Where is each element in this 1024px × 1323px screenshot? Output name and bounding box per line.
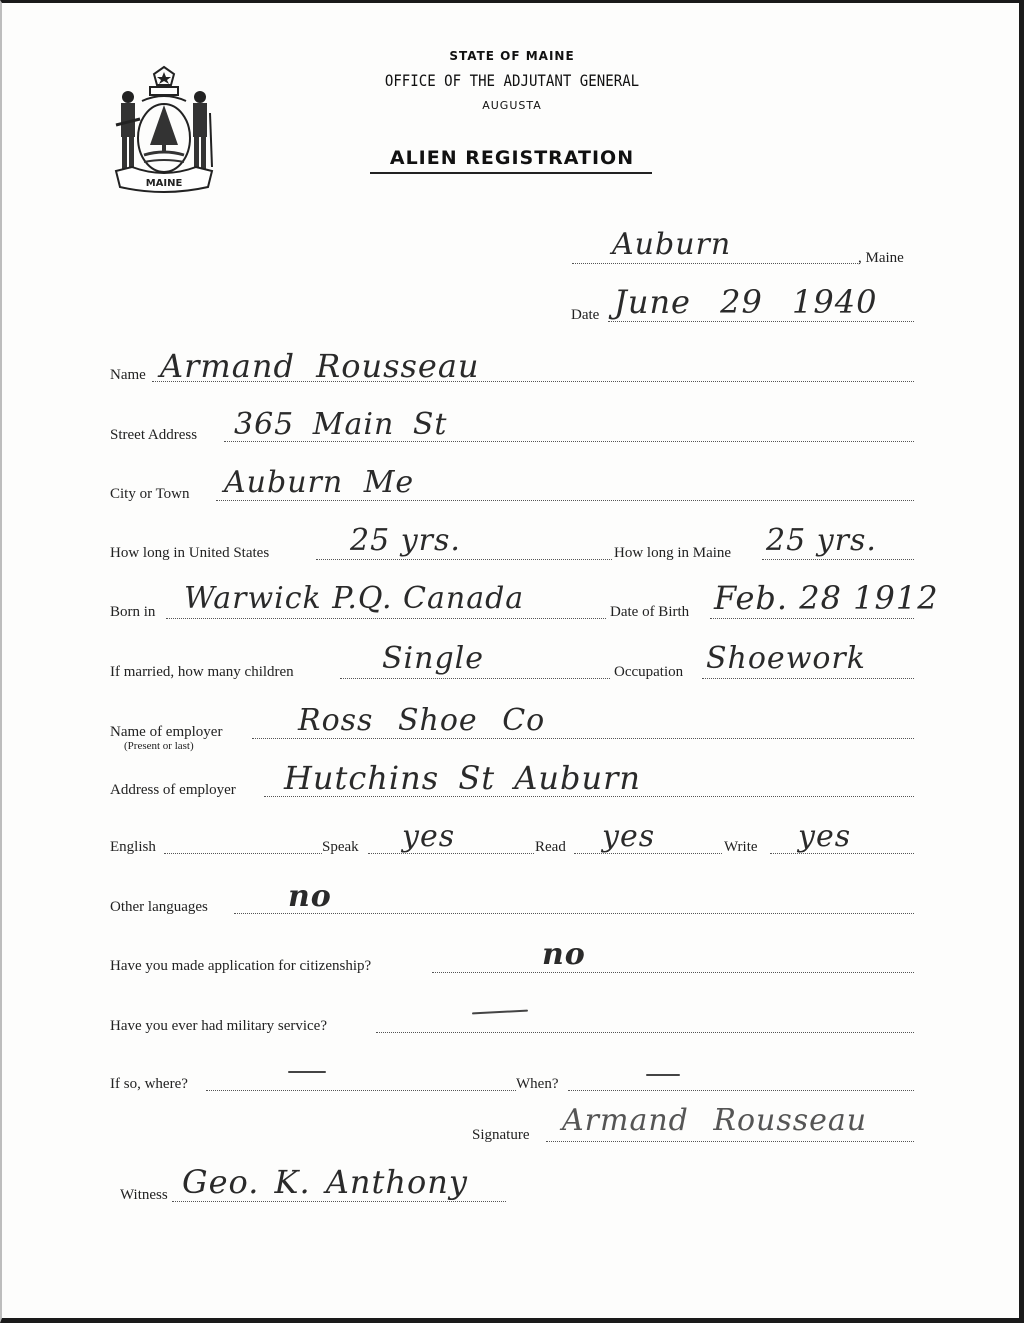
military-service-label: Have you ever had military service? (110, 1018, 327, 1035)
write-label: Write (724, 839, 758, 856)
citizenship-line (432, 972, 914, 973)
when-value[interactable] (646, 1074, 680, 1076)
employer-address-label: Address of employer (110, 782, 236, 799)
title-underline (370, 172, 652, 174)
where-line (206, 1090, 516, 1091)
other-languages-label: Other languages (110, 899, 208, 916)
witness-label: Witness (120, 1187, 168, 1204)
signature-label: Signature (472, 1127, 530, 1144)
occupation-label: Occupation (614, 664, 683, 681)
registration-form: MAINE STATE OF MAINE OFFICE OF THE ADJUT… (0, 0, 1024, 1323)
english-line (164, 853, 322, 854)
city-line (216, 500, 914, 501)
when-line (568, 1090, 914, 1091)
where-value[interactable] (288, 1071, 326, 1073)
svg-text:MAINE: MAINE (146, 178, 183, 189)
military-service-value[interactable] (472, 1010, 528, 1015)
date-of-birth-line (710, 618, 914, 619)
read-label: Read (535, 839, 566, 856)
date-line (608, 321, 914, 322)
other-languages-line (234, 913, 914, 914)
citizenship-label: Have you made application for citizenshi… (110, 958, 371, 975)
place-suffix: , Maine (858, 250, 904, 267)
write-value[interactable]: yes (798, 819, 851, 854)
born-in-line (166, 618, 606, 619)
when-label: When? (516, 1076, 558, 1093)
how-long-us-label: How long in United States (110, 545, 269, 562)
other-languages-value[interactable]: no (288, 879, 332, 914)
employer-address-value[interactable]: Hutchins St Auburn (284, 759, 641, 797)
witness-line (172, 1201, 506, 1202)
employer-name-line (252, 738, 914, 739)
signature-value[interactable]: Armand Rousseau (562, 1103, 867, 1138)
name-label: Name (110, 367, 146, 384)
military-service-line (376, 1032, 914, 1033)
speak-label: Speak (322, 839, 359, 856)
date-of-birth-value[interactable]: Feb. 28 1912 (714, 579, 939, 617)
employer-name-label: Name of employer (110, 724, 222, 741)
occupation-value[interactable]: Shoework (706, 641, 866, 676)
street-address-value[interactable]: 365 Main St (234, 407, 447, 442)
place-line (572, 263, 860, 264)
how-long-maine-value[interactable]: 25 yrs. (766, 523, 877, 558)
english-label: English (110, 839, 156, 856)
children-value[interactable]: Single (382, 641, 484, 676)
header-city: AUGUSTA (342, 99, 682, 112)
signature-line (546, 1141, 914, 1142)
how-long-maine-line (762, 559, 914, 560)
where-label: If so, where? (110, 1076, 188, 1093)
date-value[interactable]: June 29 1940 (614, 283, 877, 321)
maine-state-seal-icon: MAINE (112, 63, 217, 193)
employer-name-sublabel: (Present or last) (124, 740, 194, 752)
header-office: OFFICE OF THE ADJUTANT GENERAL (362, 71, 661, 90)
header-state: STATE OF MAINE (342, 49, 682, 63)
children-label: If married, how many children (110, 664, 294, 681)
how-long-us-value[interactable]: 25 yrs. (350, 523, 461, 558)
date-label: Date (571, 307, 599, 324)
witness-value[interactable]: Geo. K. Anthony (182, 1163, 468, 1201)
read-value[interactable]: yes (602, 819, 655, 854)
born-in-value[interactable]: Warwick P.Q. Canada (184, 581, 524, 616)
how-long-us-line (316, 559, 612, 560)
city-label: City or Town (110, 486, 190, 503)
date-of-birth-label: Date of Birth (610, 604, 689, 621)
form-title: ALIEN REGISTRATION (342, 147, 682, 169)
name-value[interactable]: Armand Rousseau (160, 347, 480, 385)
occupation-line (702, 678, 914, 679)
children-line (340, 678, 610, 679)
place-value[interactable]: Auburn (612, 227, 731, 262)
born-in-label: Born in (110, 604, 155, 621)
city-value[interactable]: Auburn Me (224, 465, 414, 500)
speak-value[interactable]: yes (402, 819, 455, 854)
employer-name-value[interactable]: Ross Shoe Co (298, 703, 545, 738)
citizenship-value[interactable]: no (542, 937, 586, 972)
how-long-maine-label: How long in Maine (614, 545, 731, 562)
street-address-label: Street Address (110, 427, 197, 444)
